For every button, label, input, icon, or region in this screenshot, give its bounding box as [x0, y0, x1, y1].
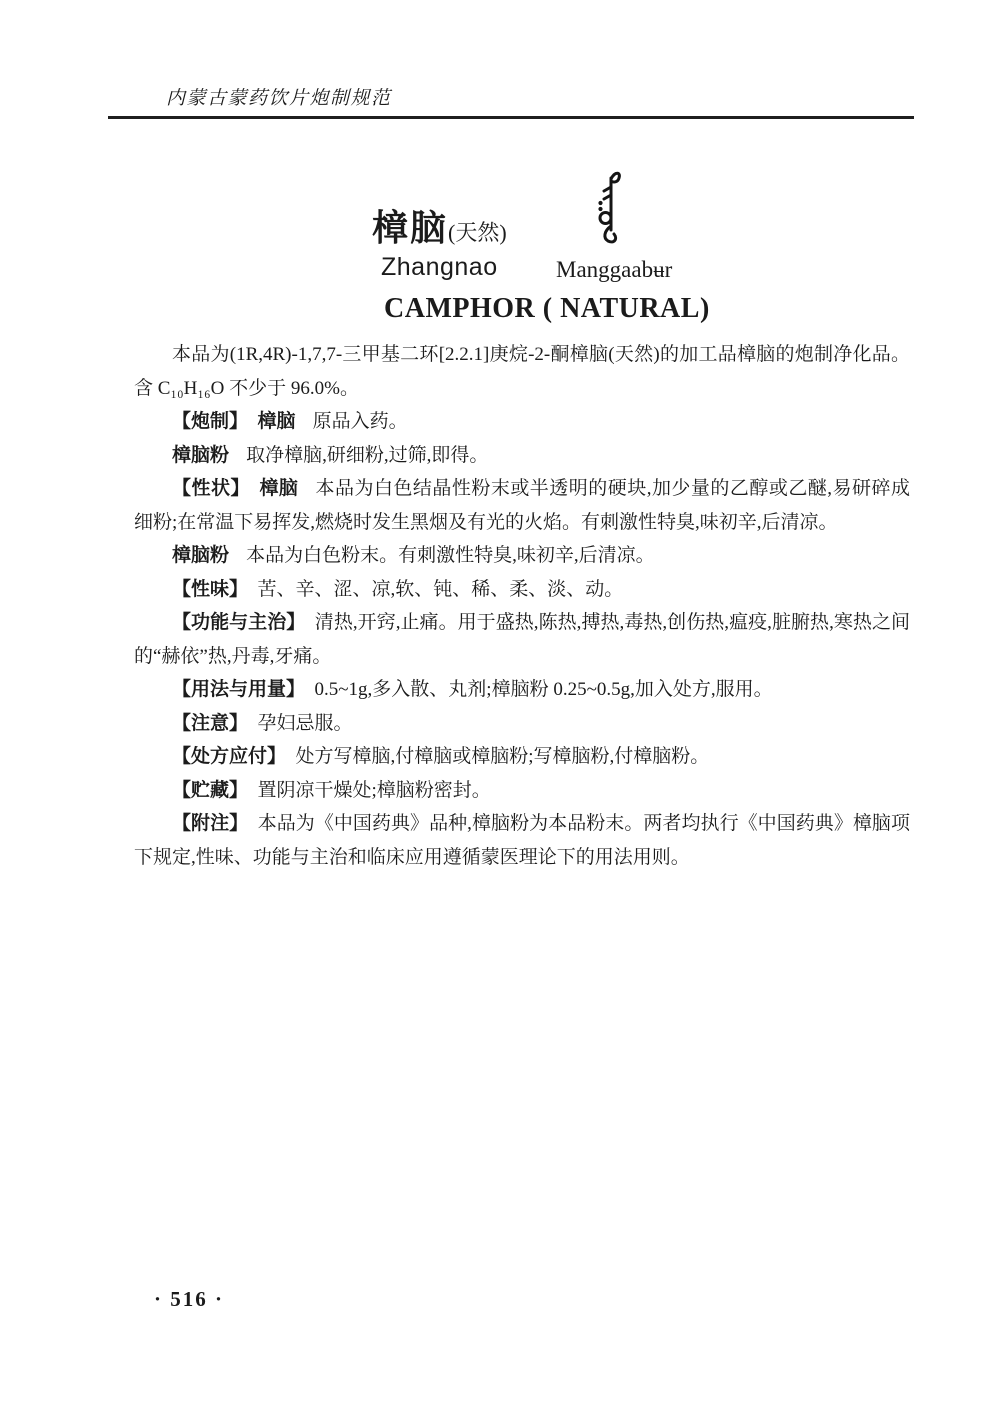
- section-zhucang: 【贮藏】置阴凉干燥处;樟脑粉密封。: [134, 774, 910, 808]
- section-text: 置阴凉干燥处;樟脑粉密封。: [258, 780, 491, 801]
- section-label: 【功能与主治】: [172, 612, 305, 633]
- mongolian-transliteration: Manggaabʉr: [556, 257, 672, 283]
- section-gongneng-zhuzhi: 【功能与主治】清热,开窍,止痛。用于盛热,陈热,搏热,毒热,创伤热,瘟疫,脏腑热…: [134, 606, 910, 673]
- section-yongfa-yongliang: 【用法与用量】0.5~1g,多入散、丸剂;樟脑粉 0.25~0.5g,加入处方,…: [134, 673, 910, 707]
- section-text: 本品为《中国药典》品种,樟脑粉为本品粉末。两者均执行《中国药典》樟脑项下规定,性…: [134, 813, 910, 868]
- header-rule: [108, 116, 914, 119]
- section-text: 本品为白色结晶性粉末或半透明的硬块,加少量的乙醇或乙醚,易研碎成细粉;在常温下易…: [134, 478, 910, 533]
- running-header: 内蒙古蒙药饮片炮制规范: [166, 83, 392, 110]
- section-text: 取净樟脑,研细粉,过筛,即得。: [246, 445, 488, 466]
- section-paozhi: 【炮制】樟脑原品入药。: [134, 405, 910, 439]
- section-text: 0.5~1g,多入散、丸剂;樟脑粉 0.25~0.5g,加入处方,服用。: [315, 679, 773, 700]
- section-zhangnaofen-desc: 樟脑粉本品为白色粉末。有刺激性特臭,味初辛,后清凉。: [134, 539, 910, 573]
- section-label: 【处方应付】: [172, 746, 286, 767]
- section-xingwei: 【性味】苦、辛、涩、凉,软、钝、稀、柔、淡、动。: [134, 573, 910, 607]
- section-subhead: 樟脑: [259, 478, 298, 499]
- section-label: 【贮藏】: [172, 780, 248, 801]
- section-text: 苦、辛、涩、凉,软、钝、稀、柔、淡、动。: [258, 579, 624, 600]
- section-label: 【附注】: [172, 813, 248, 834]
- monograph-body: 本品为(1R,4R)-1,7,7-三甲基二环[2.2.1]庚烷-2-酮樟脑(天然…: [134, 338, 910, 874]
- section-zhangnaofen-prep: 樟脑粉取净樟脑,研细粉,过筛,即得。: [134, 439, 910, 473]
- section-zhuyi: 【注意】孕妇忌服。: [134, 707, 910, 741]
- chinese-title-main: 樟脑: [372, 208, 448, 248]
- page-number: · 516 ·: [154, 1287, 224, 1312]
- section-chufang-yingfu: 【处方应付】处方写樟脑,付樟脑或樟脑粉;写樟脑粉,付樟脑粉。: [134, 740, 910, 774]
- section-label: 【注意】: [172, 713, 248, 734]
- pinyin-title: Zhangnao: [381, 253, 498, 282]
- section-subhead: 樟脑粉: [172, 545, 229, 566]
- chinese-title: 樟脑(天然): [372, 200, 507, 251]
- section-label: 【性味】: [172, 579, 248, 600]
- section-text: 本品为白色粉末。有刺激性特臭,味初辛,后清凉。: [246, 545, 655, 566]
- section-label: 【性状】: [172, 478, 250, 499]
- section-xingzhuang: 【性状】樟脑本品为白色结晶性粉末或半透明的硬块,加少量的乙醇或乙醚,易研碎成细粉…: [134, 472, 910, 539]
- chinese-title-note: (天然): [448, 220, 507, 245]
- section-label: 【炮制】: [172, 411, 248, 432]
- intro-paragraph: 本品为(1R,4R)-1,7,7-三甲基二环[2.2.1]庚烷-2-酮樟脑(天然…: [134, 338, 910, 405]
- section-subhead: 樟脑: [258, 411, 296, 432]
- section-text: 原品入药。: [313, 411, 408, 432]
- section-label: 【用法与用量】: [172, 679, 305, 700]
- section-subhead: 樟脑粉: [172, 445, 229, 466]
- intro-text: 本品为(1R,4R)-1,7,7-三甲基二环[2.2.1]庚烷-2-酮樟脑(天然…: [134, 344, 910, 399]
- section-fuzhu: 【附注】本品为《中国药典》品种,樟脑粉为本品粉末。两者均执行《中国药典》樟脑项下…: [134, 807, 910, 874]
- english-title: CAMPHOR ( NATURAL): [384, 293, 710, 325]
- section-text: 处方写樟脑,付樟脑或樟脑粉;写樟脑粉,付樟脑粉。: [296, 746, 710, 767]
- document-page: 内蒙古蒙药饮片炮制规范 樟脑(天然) Zhangnao Manggaabʉr C…: [0, 0, 1007, 1425]
- section-text: 孕妇忌服。: [258, 713, 353, 734]
- mongolian-script-icon: [591, 168, 629, 252]
